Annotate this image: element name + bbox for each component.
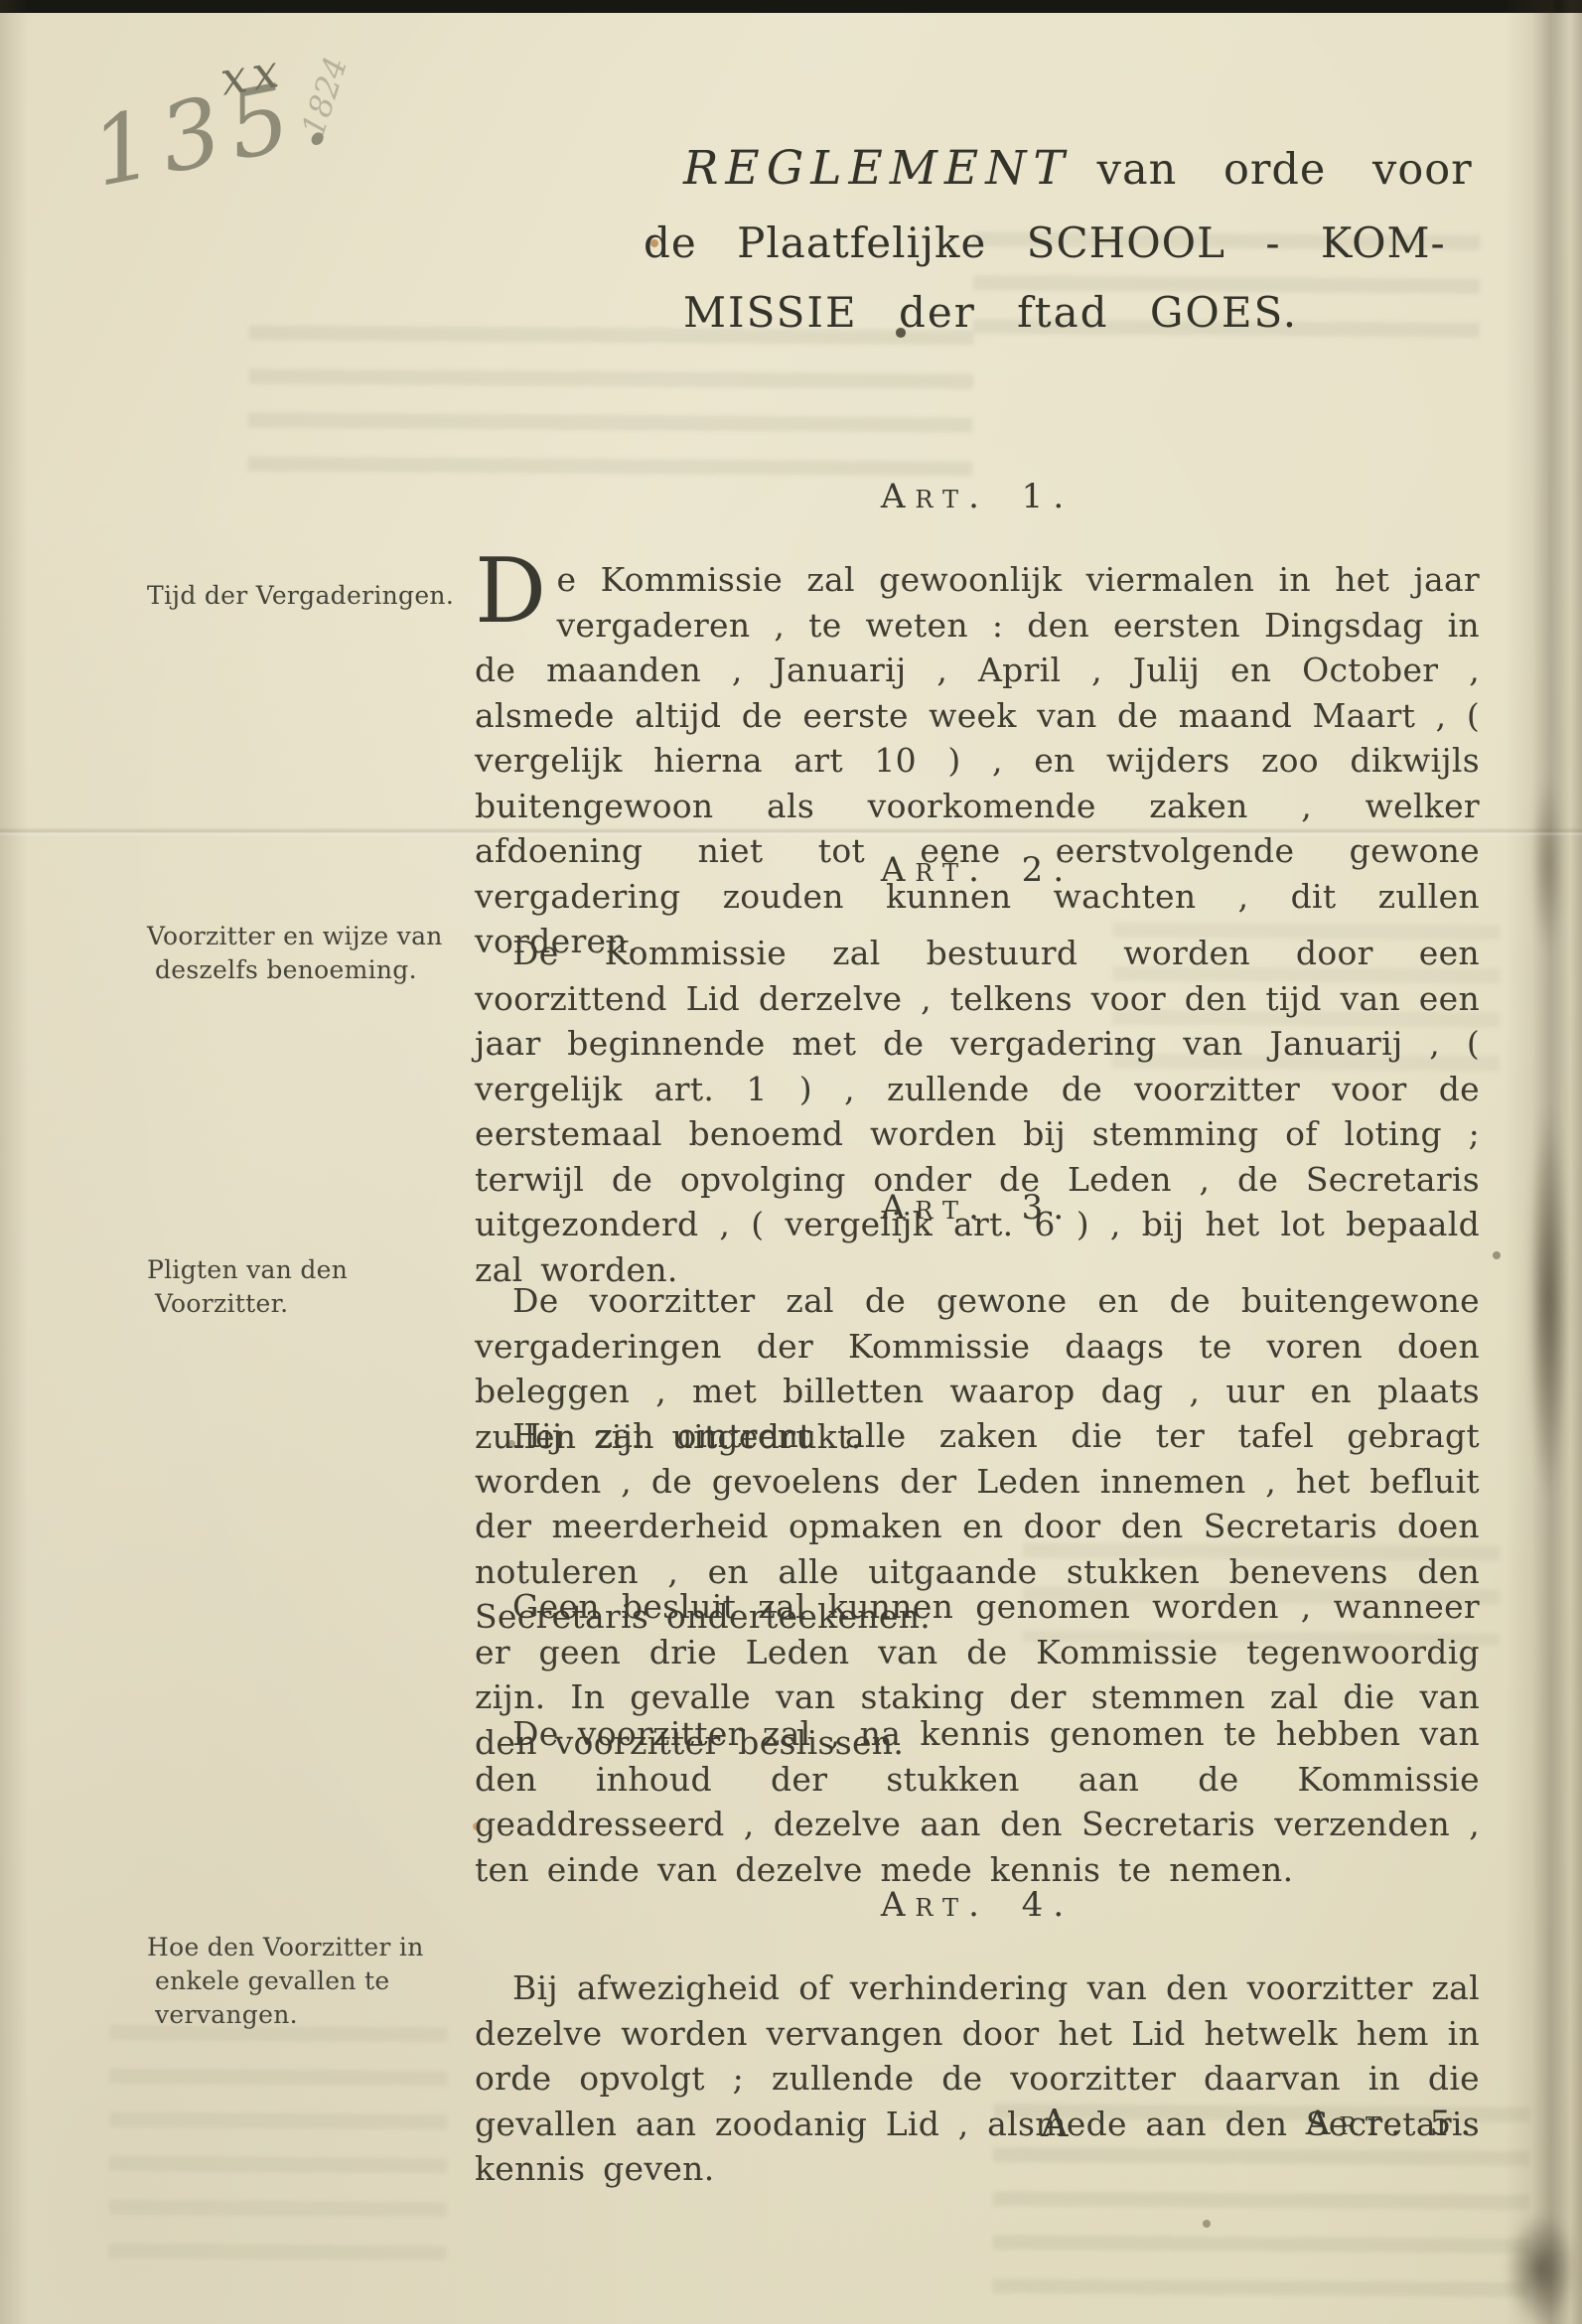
article-3-heading: Art. 3. — [475, 1188, 1480, 1228]
article-4-paragraph-1: Bij afwezigheid of verhindering van den … — [475, 1965, 1480, 2192]
title-line-2: de Plaatfelijke SCHOOL - KOM- — [644, 218, 1446, 267]
title-line-3: MISSIE der ftad GOES. — [683, 288, 1298, 337]
article-1-paragraph-1: De Kommissie zal gewoonlijk viermalen in… — [475, 557, 1480, 964]
article-4-margin-note: Hoe den Voorzitter in enkele gevallen te… — [141, 1931, 453, 2032]
page-fold-shadow — [1528, 1102, 1568, 1500]
scan-edge-top — [0, 0, 1582, 13]
article-1-heading: Art. 1. — [475, 477, 1480, 516]
catchword-next-article: Art. 5. — [475, 2104, 1480, 2143]
article-2-margin-note: Voorzitter en wijze van deszelfs benoemi… — [141, 920, 463, 987]
article-4-heading: Art. 4. — [475, 1885, 1480, 1925]
article-1-margin-note: Tijd der Vergaderingen. — [141, 579, 473, 613]
page-fold-shadow — [1532, 775, 1562, 953]
handwritten-marks: xx — [216, 43, 288, 105]
document-page: 135. xx 1824 REGLEMENTvan orde voor de P… — [0, 0, 1582, 2324]
title-line-1: REGLEMENTvan orde voor — [683, 141, 1473, 196]
article-3-paragraph-4: De voorzitter zal , na kennis genomen te… — [475, 1711, 1480, 1892]
scan-edge-left — [0, 0, 28, 2324]
article-3-margin-note: Pligten van den Voorzitter. — [141, 1253, 393, 1321]
bleedthrough-text — [247, 325, 973, 479]
article-2-heading: Art. 2. — [475, 850, 1480, 890]
bleedthrough-text — [108, 2025, 448, 2275]
ink-specks — [0, 0, 4, 4]
article-2-paragraph-1: De Kommissie zal bestuurd worden door ee… — [475, 931, 1480, 1292]
title-word-reglement: REGLEMENT — [683, 141, 1072, 196]
